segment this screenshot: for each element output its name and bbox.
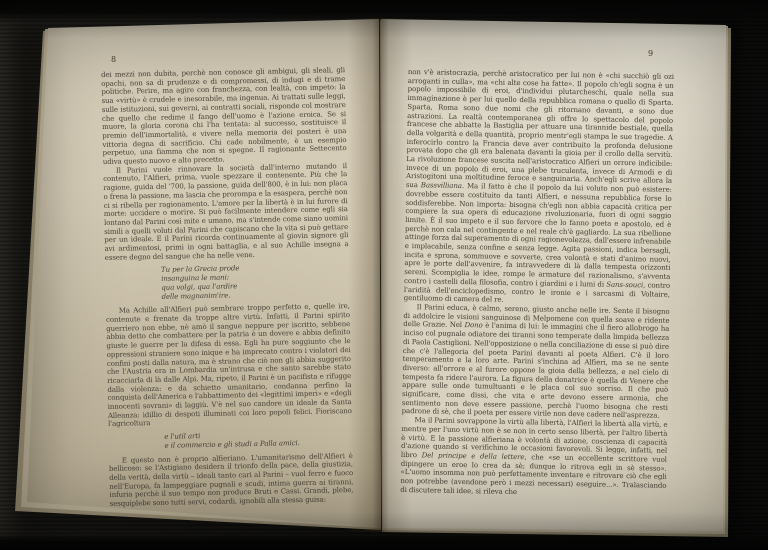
- paragraph: non v'è aristocrazia, perchè aristocrati…: [404, 68, 674, 308]
- verse-quote: Tu per la Grecia prodeinsanguina le mani…: [161, 263, 350, 302]
- paragraph: Ma il Parini sovrappone la virtù alla li…: [400, 416, 667, 499]
- paragraph: dei mezzi non dubita, perchè non conosce…: [101, 66, 347, 167]
- paragraph: Il Parini educa, è calmo, sereno, giusto…: [402, 303, 670, 421]
- right-page-text: non v'è aristocrazia, perchè aristocrati…: [400, 68, 674, 499]
- book-photo: 8 9 dei mezzi non dubita, perchè non con…: [0, 0, 768, 550]
- paragraph: Il Parini vuole rinnovare la società dal…: [103, 162, 349, 263]
- page-number-left: 8: [111, 55, 116, 64]
- paragraph: E questo non è proprio alfieriano. L'uma…: [109, 452, 354, 509]
- paragraph: Ma Achille all'Alfieri può sembrare trop…: [106, 302, 352, 429]
- left-page-text: dei mezzi non dubita, perchè non conosce…: [101, 66, 354, 509]
- verse-quote: e l'util artie il commercio e gli studi …: [164, 429, 352, 450]
- page-number-right: 9: [648, 49, 653, 58]
